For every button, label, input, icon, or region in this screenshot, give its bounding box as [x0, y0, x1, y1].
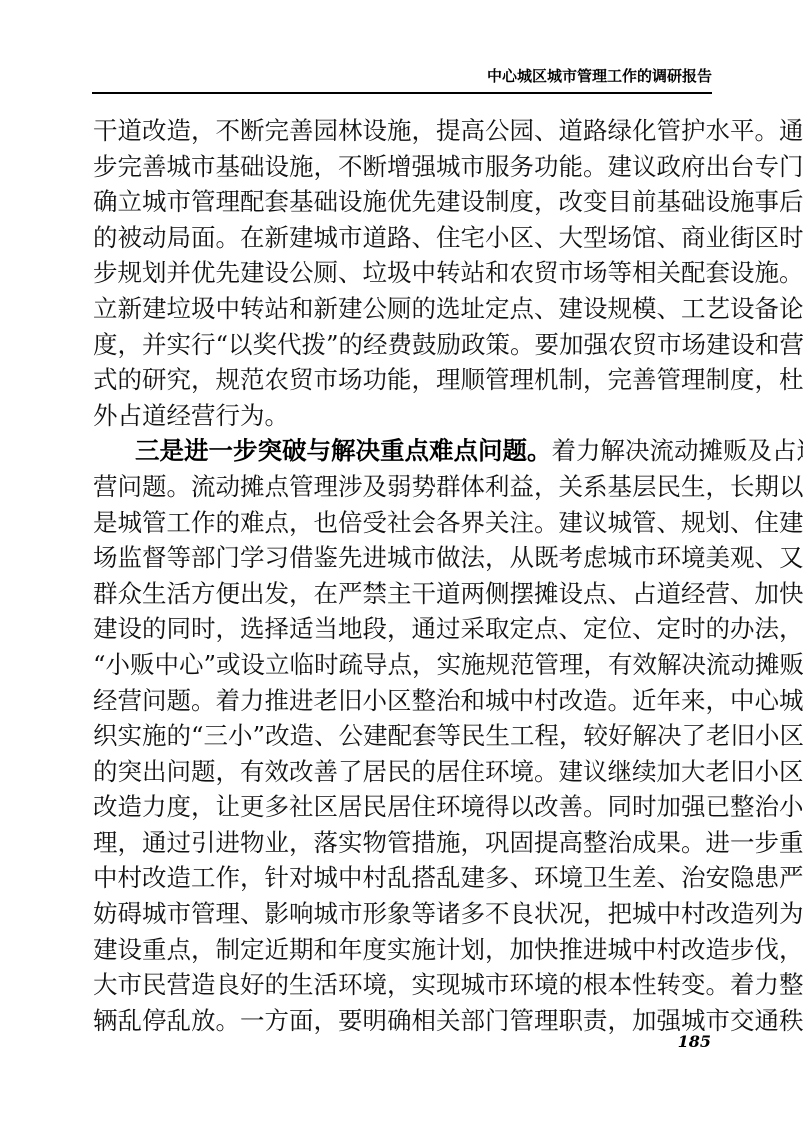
- text-line: 立新建垃圾中转站和新建公厕的选址定点、建设规模、工艺设备论证制: [93, 291, 713, 327]
- running-header: 中心城区城市管理工作的调研报告: [92, 66, 712, 94]
- text-run: 着力解决流动摊贩及占道经: [552, 436, 803, 465]
- text-line: 营问题。流动摊点管理涉及弱势群体利益，关系基层民生，长期以来都: [93, 469, 713, 505]
- text-line: 步完善城市基础设施，不断增强城市服务功能。建议政府出台专门文件，: [93, 149, 713, 185]
- text-line: 确立城市管理配套基础设施优先建设制度，改变目前基础设施事后补课: [93, 184, 713, 220]
- text-line: 织实施的“三小”改造、公建配套等民生工程，较好解决了老旧小区存在: [93, 718, 713, 754]
- text-line: 度，并实行“以奖代拨”的经费鼓励政策。要加强农贸市场建设和营运方: [93, 327, 713, 363]
- text-line: 干道改造，不断完善园林设施，提高公园、道路绿化管护水平。通过逐: [93, 113, 713, 149]
- text-line: 的突出问题，有效改善了居民的居住环境。建议继续加大老旧小区整治: [93, 754, 713, 790]
- text-line: 经营问题。着力推进老旧小区整治和城中村改造。近年来，中心城区组: [93, 683, 713, 719]
- text-line: 妨碍城市管理、影响城市形象等诸多不良状况，把城中村改造列为城市: [93, 896, 713, 932]
- text-line: 辆乱停乱放。一方面，要明确相关部门管理职责，加强城市交通秩序管: [93, 1003, 713, 1039]
- text-line: 改造力度，让更多社区居民居住环境得以改善。同时加强已整治小区管: [93, 789, 713, 825]
- text-line: 中村改造工作，针对城中村乱搭乱建多、环境卫生差、治安隐患严重、: [93, 860, 713, 896]
- text-line: 场监督等部门学习借鉴先进城市做法，从既考虑城市环境美观、又考虑: [93, 540, 713, 576]
- body-text: 干道改造，不断完善园林设施，提高公园、道路绿化管护水平。通过逐 步完善城市基础设…: [93, 113, 713, 1038]
- text-line: 是城管工作的难点，也倍受社会各界关注。建议城管、规划、住建、市: [93, 505, 713, 541]
- page-number: 185: [678, 1032, 711, 1051]
- running-header-title: 中心城区城市管理工作的调研报告: [487, 67, 712, 85]
- text-line: 式的研究，规范农贸市场功能，理顺管理机制，完善管理制度，杜绝场: [93, 362, 713, 398]
- text-line: 的被动局面。在新建城市道路、住宅小区、大型场馆、商业街区时，同: [93, 220, 713, 256]
- paragraph-2: 三是进一步突破与解决重点难点问题。着力解决流动摊贩及占道经 营问题。流动摊点管理…: [93, 433, 713, 1038]
- paragraph-lead-heading: 三是进一步突破与解决重点难点问题。: [135, 436, 552, 465]
- text-line: 建设的同时，选择适当地段，通过采取定点、定位、定时的办法，建设: [93, 611, 713, 647]
- text-line: 群众生活方便出发，在严禁主干道两侧摆摊设点、占道经营、加快市场: [93, 576, 713, 612]
- text-line: “小贩中心”或设立临时疏导点，实施规范管理，有效解决流动摊贩占道: [93, 647, 713, 683]
- text-line: 三是进一步突破与解决重点难点问题。着力解决流动摊贩及占道经: [93, 433, 713, 469]
- paragraph-1: 干道改造，不断完善园林设施，提高公园、道路绿化管护水平。通过逐 步完善城市基础设…: [93, 113, 713, 433]
- text-line: 外占道经营行为。: [93, 398, 713, 434]
- text-line: 建设重点，制定近期和年度实施计划，加快推进城中村改造步伐，为广: [93, 932, 713, 968]
- text-line: 大市民营造良好的生活环境，实现城市环境的根本性转变。着力整治车: [93, 967, 713, 1003]
- text-line: 理，通过引进物业，落实物管措施，巩固提高整治成果。进一步重视城: [93, 825, 713, 861]
- text-line: 步规划并优先建设公厕、垃圾中转站和农贸市场等相关配套设施。要建: [93, 255, 713, 291]
